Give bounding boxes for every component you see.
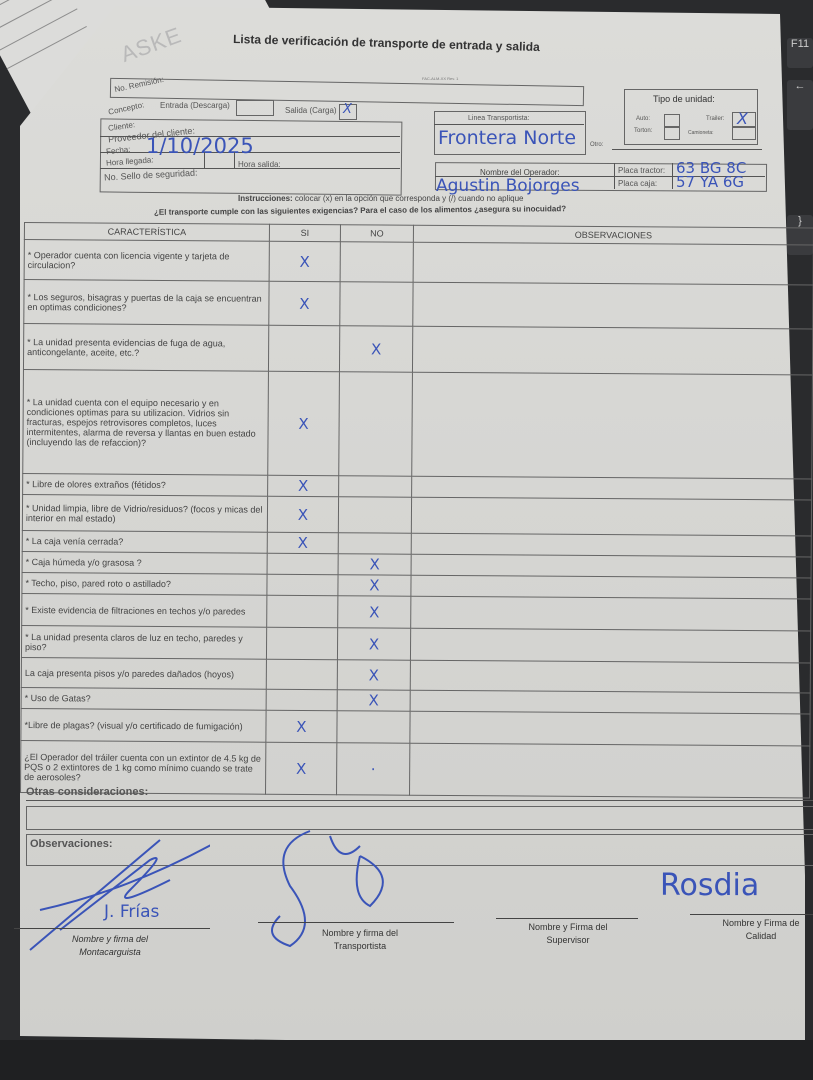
row-characteristic-value: La caja presenta pisos y/o paredes dañad… (25, 668, 234, 679)
caption-line: Supervisor (498, 934, 638, 947)
keyboard-key-f11: F11 (787, 38, 813, 68)
row-no-cell[interactable]: · (337, 743, 410, 796)
table-row: * La unidad cuenta con el equipo necesar… (23, 369, 813, 479)
operador-value[interactable]: Agustin Bojorges (436, 176, 580, 196)
table-row: * Operador cuenta con licencia vigente y… (24, 240, 813, 286)
row-characteristic: La caja presenta pisos y/o paredes dañad… (21, 657, 266, 689)
row-characteristic: * Existe evidencia de filtraciones en te… (22, 593, 267, 627)
otro-label: Otro: (590, 142, 603, 148)
table-row: * Los seguros, bisagras y puertas de la … (24, 280, 813, 330)
unit-type-title: Tipo de unidad: (653, 94, 715, 104)
row-no-cell[interactable] (340, 242, 413, 283)
row-observations[interactable] (412, 476, 812, 500)
row-characteristic-value: * La caja venía cerrada? (26, 536, 124, 547)
caption-line: Nombre y firma del (290, 927, 430, 940)
row-no-cell-value: X (369, 576, 379, 594)
row-si-cell[interactable] (267, 595, 338, 627)
divider (434, 124, 584, 125)
col-caracteristica: CARACTERÍSTICA (24, 223, 269, 242)
row-no-cell[interactable]: X (339, 326, 412, 373)
linea-transportista-label: Linea Transportista: (468, 115, 529, 122)
row-no-cell[interactable]: X (338, 554, 411, 576)
salida-label: Salida (Carga) (285, 106, 337, 115)
desk-surface (0, 1040, 813, 1080)
placa-tractor-label: Placa tractor: (618, 166, 665, 175)
row-characteristic: *Libre de plagas? (visual y/o certificad… (21, 708, 266, 742)
checklist-body: * Operador cuenta con licencia vigente y… (21, 240, 813, 798)
fecha-value[interactable]: 1/10/2025 (146, 134, 254, 158)
row-si-cell-value: X (298, 505, 308, 523)
row-no-cell[interactable] (339, 372, 413, 477)
row-observations[interactable] (410, 690, 810, 714)
form-code: FAC-ALM-XX Rev. 1 (422, 76, 458, 81)
row-observations[interactable] (410, 743, 810, 798)
caption-line: Calidad (706, 930, 813, 943)
row-no-cell[interactable] (340, 282, 413, 327)
row-characteristic-value: * Existe evidencia de filtraciones en te… (25, 605, 245, 617)
instructions-text: colocar (x) en la opción que corresponda… (295, 194, 524, 203)
row-characteristic-value: * La unidad cuenta con el equipo necesar… (26, 397, 255, 448)
row-si-cell-value: X (300, 252, 310, 270)
row-si-cell[interactable]: X (267, 496, 338, 532)
row-no-cell[interactable]: X (337, 660, 410, 691)
row-no-cell[interactable]: X (337, 628, 410, 661)
caption-line: Nombre y Firma del (498, 921, 638, 934)
salida-checkbox[interactable]: X (339, 104, 357, 120)
otro-field[interactable] (612, 149, 762, 150)
row-characteristic-value: * Caja húmeda y/o grasosa ? (26, 557, 142, 568)
row-observations[interactable] (413, 242, 813, 285)
row-si-cell-value: X (298, 534, 308, 552)
row-si-cell[interactable]: X (266, 710, 337, 742)
unit-camioneta-label: Camioneta: (688, 130, 714, 136)
divider (672, 163, 673, 189)
row-observations[interactable] (412, 326, 812, 375)
row-si-cell[interactable]: X (269, 281, 340, 325)
row-characteristic: * Unidad limpia, libre de Vidrio/residuo… (22, 494, 267, 532)
row-no-cell-value: X (369, 635, 379, 653)
row-observations[interactable] (413, 282, 813, 329)
row-observations[interactable] (410, 660, 810, 693)
hora-salida-label: Hora salida: (238, 160, 281, 169)
row-si-cell-value: X (296, 759, 306, 777)
caption-line: Transportista (290, 940, 430, 953)
table-row: * La unidad presenta evidencias de fuga … (23, 324, 812, 376)
row-characteristic: * La unidad cuenta con el equipo necesar… (23, 369, 269, 475)
row-characteristic-value: *Libre de plagas? (visual y/o certificad… (24, 720, 242, 732)
row-characteristic-value: * Techo, piso, pared roto o astillado? (25, 578, 171, 589)
linea-transportista-value[interactable]: Frontera Norte (438, 127, 576, 149)
col-si: SI (269, 224, 340, 241)
row-characteristic: * Los seguros, bisagras y puertas de la … (24, 280, 269, 326)
under-sheet-line (0, 0, 59, 16)
calidad-signature: Rosdia (660, 868, 759, 903)
divider (204, 152, 205, 168)
row-si-cell[interactable] (266, 627, 337, 659)
row-si-cell[interactable]: X (268, 371, 340, 475)
row-characteristic-value: * Los seguros, bisagras y puertas de la … (27, 292, 261, 313)
row-observations[interactable] (412, 372, 813, 479)
row-characteristic: * La unidad presenta evidencias de fuga … (23, 324, 268, 372)
unit-torton-checkbox[interactable] (664, 126, 680, 140)
caption-line: Nombre y firma del (40, 933, 180, 946)
row-observations[interactable] (410, 628, 810, 663)
row-characteristic-value: * La unidad presenta evidencias de fuga … (27, 337, 225, 358)
col-no: NO (340, 225, 413, 243)
row-si-cell[interactable] (266, 659, 337, 689)
row-si-cell[interactable]: X (268, 475, 339, 496)
row-si-cell[interactable] (266, 689, 337, 710)
salida-mark: X (343, 102, 352, 117)
row-no-cell-value: X (369, 603, 379, 621)
row-si-cell[interactable] (268, 325, 339, 371)
row-si-cell[interactable] (267, 553, 338, 574)
unit-trailer-label: Trailer: (706, 116, 724, 122)
row-si-cell[interactable] (267, 574, 338, 595)
montacarguista-handwritten-name: J. Frías (104, 902, 159, 922)
row-characteristic: * La unidad presenta claros de luz en te… (21, 625, 266, 659)
row-no-cell-value: X (369, 666, 379, 684)
otras-line (26, 800, 813, 801)
row-characteristic-value: * Operador cuenta con licencia vigente y… (28, 250, 230, 270)
row-characteristic: * Uso de Gatas? (21, 687, 266, 710)
under-sheet-line (0, 8, 77, 51)
row-no-cell-value: X (371, 340, 381, 358)
row-no-cell-value: X (368, 691, 378, 709)
row-characteristic-value: ¿El Operador del tráiler cuenta con un e… (24, 752, 261, 782)
row-observations[interactable] (411, 554, 811, 578)
row-si-cell[interactable]: X (269, 241, 340, 281)
row-characteristic-value: * Uso de Gatas? (25, 693, 91, 703)
row-si-cell[interactable]: X (266, 742, 337, 794)
table-row: * Unidad limpia, libre de Vidrio/residuo… (22, 494, 811, 536)
instructions-label: Instrucciones: (238, 194, 293, 203)
signature-line (14, 928, 210, 929)
instructions: Instrucciones: colocar (x) en la opción … (238, 194, 524, 203)
signature-line (690, 914, 813, 915)
signature-caption-calidad: Nombre y Firma de Calidad (706, 917, 813, 943)
row-no-cell[interactable] (338, 497, 411, 534)
row-si-cell-value: X (298, 477, 308, 495)
entrada-label: Entrada (Descarga) (160, 101, 230, 110)
row-no-cell[interactable]: X (338, 596, 411, 629)
caption-line: Montacarguista (40, 946, 180, 959)
entrada-checkbox[interactable] (236, 100, 274, 116)
row-observations[interactable] (411, 596, 811, 631)
row-characteristic: * Libre de olores extraños (fétidos? (23, 473, 268, 496)
signature-caption-montacarguista: Nombre y firma del Montacarguista (40, 933, 180, 959)
row-observations[interactable] (411, 533, 811, 557)
signature-caption-supervisor: Nombre y Firma del Supervisor (498, 921, 638, 947)
caption-line: Nombre y Firma de (706, 917, 813, 930)
row-si-cell[interactable]: X (267, 532, 338, 553)
row-no-cell[interactable] (339, 476, 412, 498)
row-no-cell[interactable]: X (337, 690, 410, 712)
key-label: F11 (791, 38, 809, 50)
unit-camioneta-checkbox[interactable] (732, 126, 756, 140)
divider (234, 152, 235, 168)
row-observations[interactable] (411, 497, 811, 536)
key-label: } (798, 215, 802, 227)
checklist-table: CARACTERÍSTICA SI NO OBSERVACIONES * Ope… (20, 222, 813, 799)
divider (614, 163, 615, 189)
row-no-cell[interactable]: X (338, 575, 411, 597)
unit-torton-label: Torton: (634, 128, 652, 134)
row-characteristic-value: * Libre de olores extraños (fétidos? (26, 479, 166, 490)
row-characteristic: * Caja húmeda y/o grasosa ? (22, 551, 267, 574)
row-observations[interactable] (411, 575, 811, 599)
row-characteristic-value: * Unidad limpia, libre de Vidrio/residuo… (26, 503, 263, 524)
row-characteristic: * Techo, piso, pared roto o astillado? (22, 572, 267, 595)
row-no-cell-value: · (371, 760, 376, 778)
row-observations[interactable] (410, 711, 810, 746)
placa-caja-value[interactable]: 57 YA 6G (676, 173, 744, 191)
signature-line (496, 918, 638, 919)
row-characteristic-value: * La unidad presenta claros de luz en te… (25, 632, 243, 652)
keyboard-key-arrow: ← (787, 80, 813, 130)
row-si-cell-value: X (299, 294, 309, 312)
row-si-cell-value: X (296, 717, 306, 735)
row-characteristic: * Operador cuenta con licencia vigente y… (24, 240, 269, 282)
signature-line (258, 922, 454, 923)
otras-consideraciones-label: Otras consideraciones: (26, 786, 148, 798)
under-sheet-line (0, 0, 68, 34)
placa-caja-label: Placa caja: (618, 179, 657, 188)
signature-caption-transportista: Nombre y firma del Transportista (290, 927, 430, 953)
row-no-cell-value: X (369, 555, 379, 573)
row-si-cell-value: X (298, 414, 308, 432)
row-no-cell[interactable] (338, 533, 411, 555)
row-characteristic: * La caja venía cerrada? (22, 530, 267, 553)
unit-auto-label: Auto: (636, 116, 650, 122)
row-no-cell[interactable] (337, 711, 410, 744)
